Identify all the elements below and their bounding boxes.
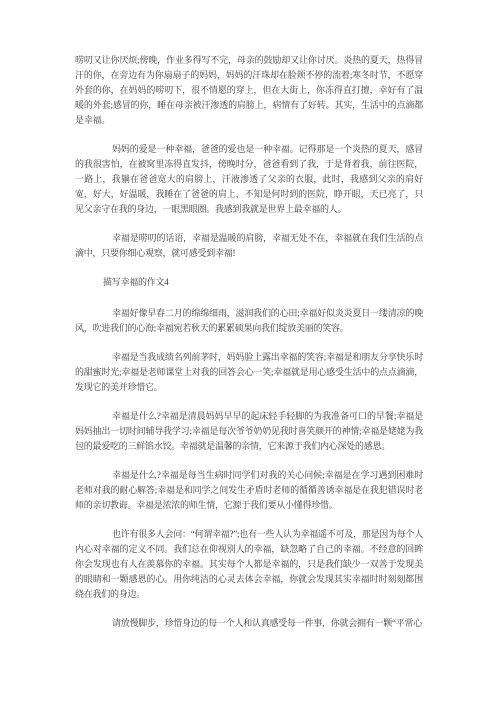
paragraph: 唠叨又让你厌烦;傍晚，作业多得写不完，母亲的鼓励却又让你讨厌。炎热的夏天，热得冒… xyxy=(75,53,423,128)
paragraph: 幸福是唠叨的话语，幸福是温暖的肩膀，幸福无处不在，幸福就在我们生活的点滴中，只要… xyxy=(75,231,423,261)
paragraph: 幸福是当我成绩名列前茅时，妈妈脸上露出幸福的笑容;幸福是和朋友分享快乐时的甜蜜时… xyxy=(75,350,423,395)
essay-section-heading: 描写幸福的作文4 xyxy=(75,275,423,290)
paragraph: 幸福好像早春二月的绵绵细雨，滋润我们的心田;幸福好似炎炎夏日一缕清凉的晚风，吹进… xyxy=(75,306,423,336)
paragraph: 请放慢脚步，珍惜身边的每一个人和认真感受每一件事，你就会拥有一颗“平常心 xyxy=(75,616,423,631)
document-page: 唠叨又让你厌烦;傍晚，作业多得写不完，母亲的鼓励却又让你讨厌。炎热的夏天，热得冒… xyxy=(0,0,500,708)
paragraph: 幸福是什么?幸福是每当生病时同学们对我的关心问候;幸福是在学习遇到困难时老师对我… xyxy=(75,468,423,513)
paragraph: 也许有很多人会问：“何谓幸福?”;也有一些人认为幸福遥不可及，那是因为每个人内心… xyxy=(75,527,423,602)
paragraph: 幸福是什么?幸福是清晨妈妈早早的起床轻手轻脚的为我准备可口的早餐;幸福是妈妈抽出… xyxy=(75,409,423,454)
paragraph: 妈妈的爱是一种幸福，爸爸的爱也是一种幸福。记得那是一个炎热的夏天，感冒的我很害怕… xyxy=(75,142,423,217)
essay-text-column: 唠叨又让你厌烦;傍晚，作业多得写不完，母亲的鼓励却又让你讨厌。炎热的夏天，热得冒… xyxy=(75,53,423,631)
